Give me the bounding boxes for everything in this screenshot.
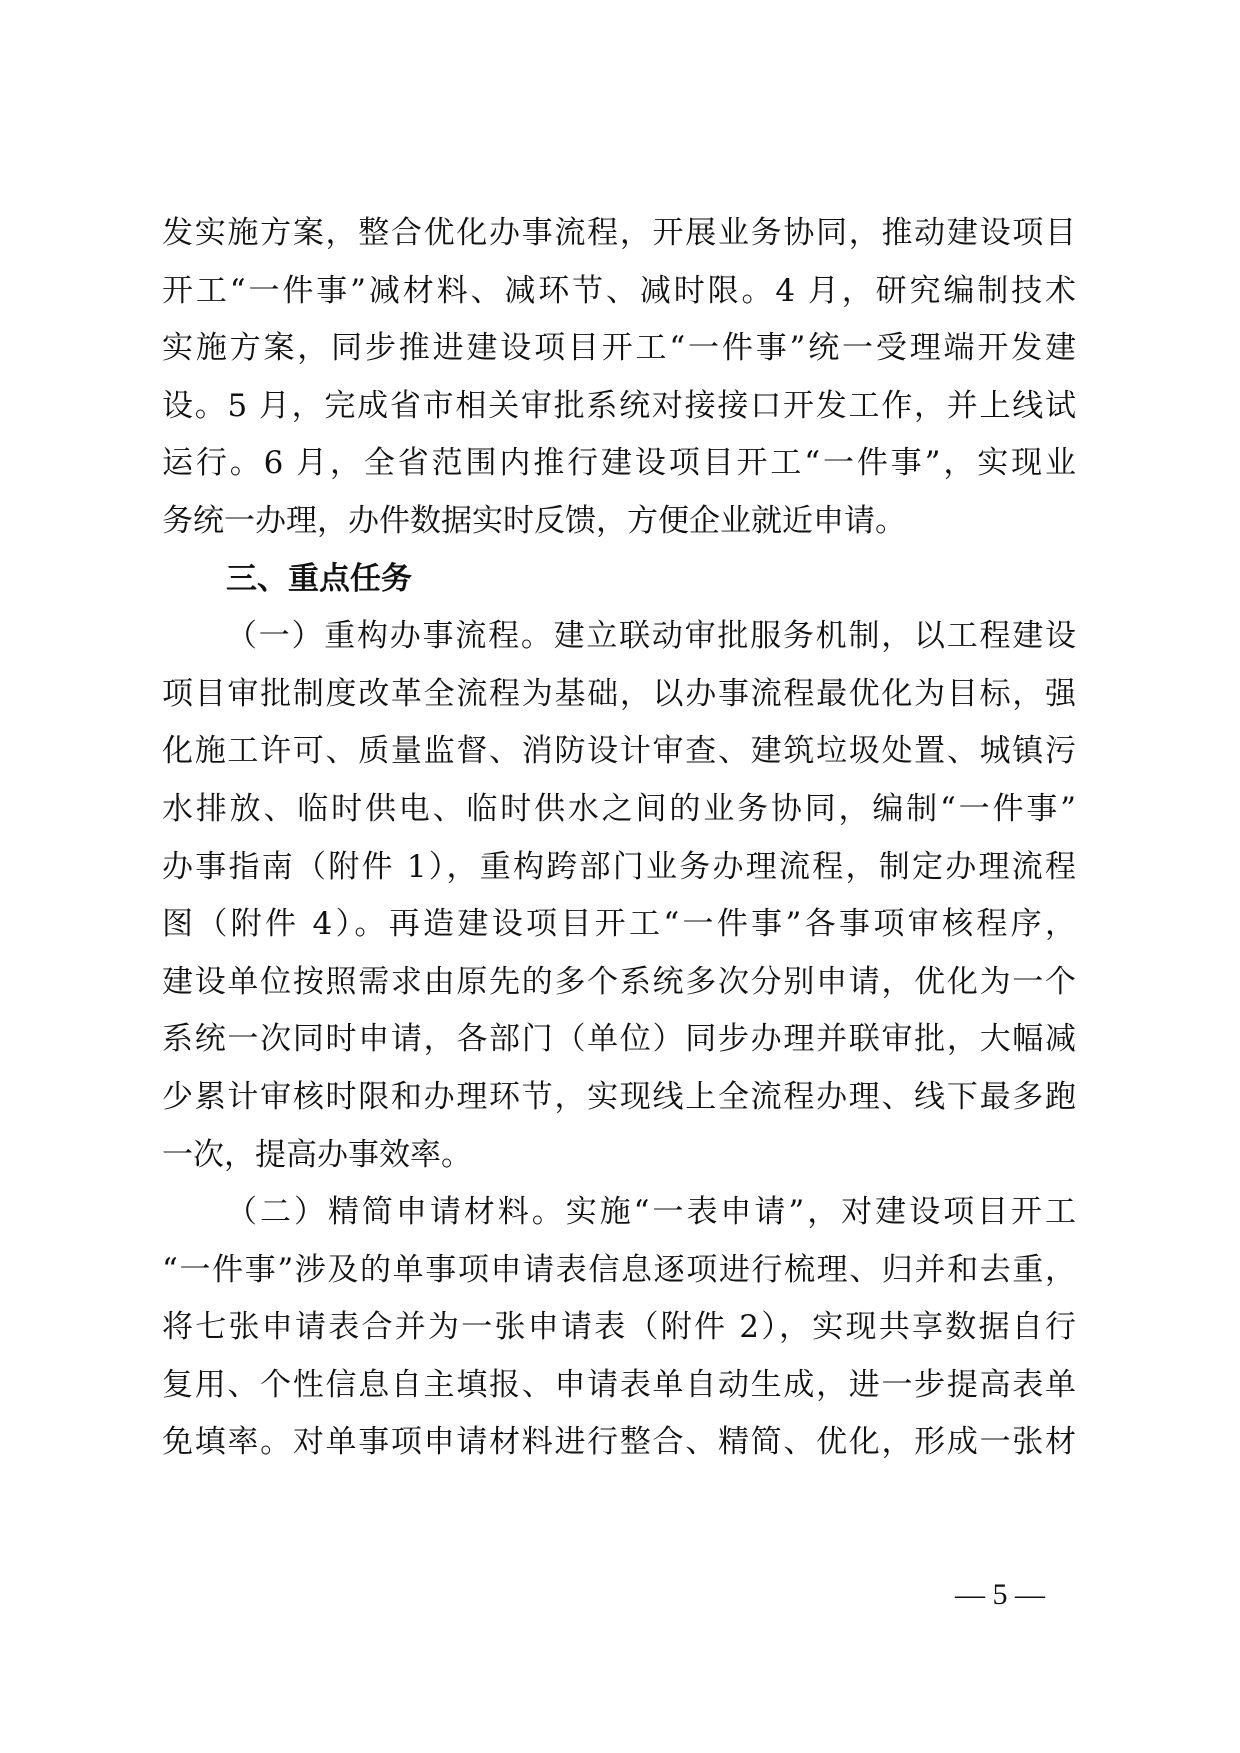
paragraph-2-line: 免填率。对单事项申请材料进行整合、精简、优化，形成一张材 xyxy=(162,1414,1076,1472)
paragraph-2-line: “一件事”涉及的单事项申请表信息逐项进行梳理、归并和去重， xyxy=(162,1242,1076,1300)
paragraph-1-line: 少累计审核时限和办理环节，实现线上全流程办理、线下最多跑 xyxy=(162,1069,1076,1127)
page-number: — 5 — xyxy=(930,1578,1070,1612)
paragraph-1-line: 项目审批制度改革全流程为基础，以办事流程最优化为目标，强 xyxy=(162,666,1076,724)
body-line: 务统一办理，办件数据实时反馈，方便企业就近申请。 xyxy=(162,493,1076,551)
section-heading: 三、重点任务 xyxy=(162,551,1076,609)
paragraph-1-line: 图（附件 4）。再造建设项目开工“一件事”各事项审核程序， xyxy=(162,896,1076,954)
paragraph-1-line: 系统一次同时申请，各部门（单位）同步办理并联审批，大幅减 xyxy=(162,1011,1076,1069)
body-line: 运行。6 月，全省范围内推行建设项目开工“一件事”，实现业 xyxy=(162,435,1076,493)
paragraph-1-line: 一次，提高办事效率。 xyxy=(162,1127,1076,1185)
paragraph-2-line: （二）精简申请材料。实施“一表申请”，对建设项目开工 xyxy=(162,1184,1076,1242)
body-line: 开工“一件事”减材料、减环节、减时限。4 月，研究编制技术 xyxy=(162,263,1076,321)
paragraph-2-line: 复用、个性信息自主填报、申请表单自动生成，进一步提高表单 xyxy=(162,1357,1076,1415)
document-page: 发实施方案，整合优化办事流程，开展业务协同，推动建设项目 开工“一件事”减材料、… xyxy=(162,205,1076,1472)
paragraph-2-line: 将七张申请表合并为一张申请表（附件 2），实现共享数据自行 xyxy=(162,1299,1076,1357)
body-line: 发实施方案，整合优化办事流程，开展业务协同，推动建设项目 xyxy=(162,205,1076,263)
paragraph-1-line: 建设单位按照需求由原先的多个系统多次分别申请，优化为一个 xyxy=(162,954,1076,1012)
paragraph-1-line: 水排放、临时供电、临时供水之间的业务协同，编制“一件事” xyxy=(162,781,1076,839)
body-line: 实施方案，同步推进建设项目开工“一件事”统一受理端开发建 xyxy=(162,320,1076,378)
paragraph-1-line: （一）重构办事流程。建立联动审批服务机制，以工程建设 xyxy=(162,608,1076,666)
paragraph-1-line: 办事指南（附件 1），重构跨部门业务办理流程，制定办理流程 xyxy=(162,839,1076,897)
paragraph-1-line: 化施工许可、质量监督、消防设计审查、建筑垃圾处置、城镇污 xyxy=(162,723,1076,781)
body-line: 设。5 月，完成省市相关审批系统对接接口开发工作，并上线试 xyxy=(162,378,1076,436)
